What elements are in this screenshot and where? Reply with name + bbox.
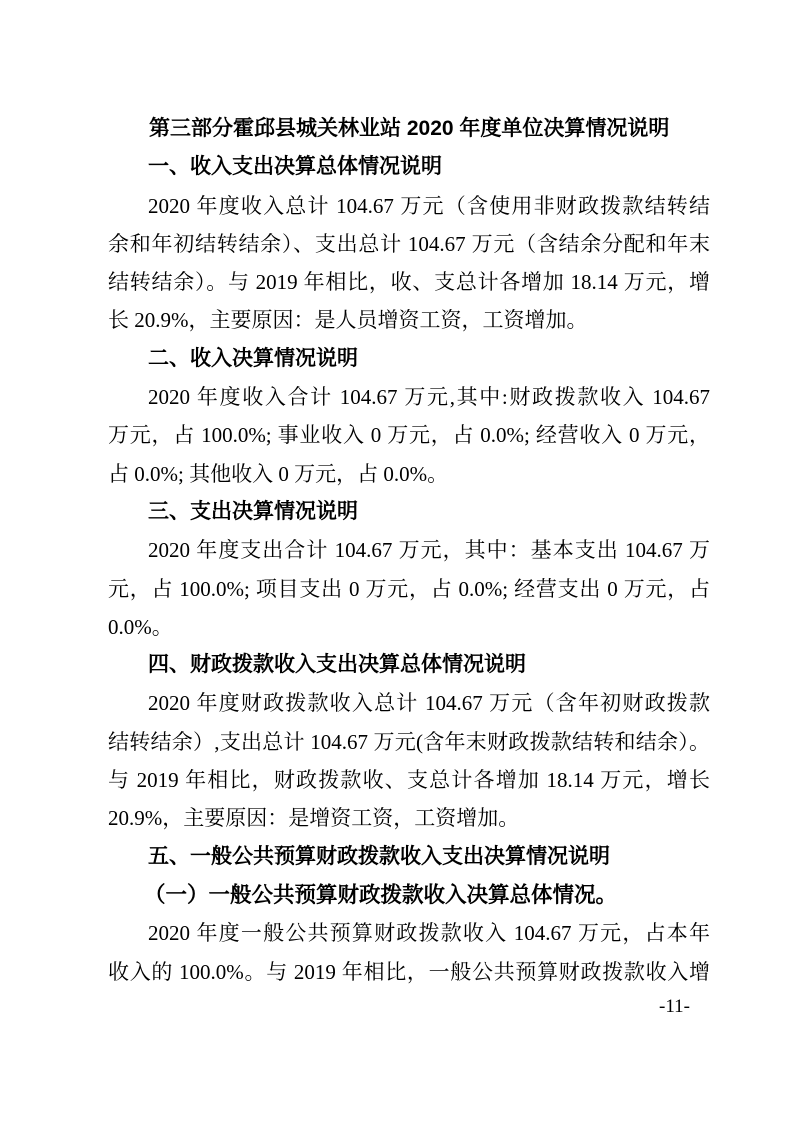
paragraph-line: 2020 年度收入合计 104.67 万元,其中:财政拨款收入 104.67	[108, 378, 710, 416]
paragraph-line: 收入的 100.0%。与 2019 年相比，一般公共预算财政拨款收入增	[108, 953, 710, 991]
paragraph-line: 2020 年度财政拨款收入总计 104.67 万元（含年初财政拨款	[108, 684, 710, 722]
paragraph-line: 与 2019 年相比，财政拨款收、支总计各增加 18.14 万元，增长	[108, 761, 710, 799]
sub-section-heading: （一）一般公共预算财政拨款收入决算总体情况。	[108, 876, 710, 914]
paragraph-line: 万元，占 100.0%; 事业收入 0 万元，占 0.0%; 经营收入 0 万元…	[108, 416, 710, 454]
paragraph-line: 2020 年度一般公共预算财政拨款收入 104.67 万元，占本年	[108, 914, 710, 952]
section-heading: 五、一般公共预算财政拨款收入支出决算情况说明	[108, 838, 710, 876]
page-number: -11-	[108, 992, 710, 1022]
section-heading: 一、收入支出决算总体情况说明	[108, 148, 710, 186]
paragraph-line: 长 20.9%，主要原因：是人员增资工资，工资增加。	[108, 301, 710, 339]
paragraph-line: 20.9%，主要原因：是增资工资，工资增加。	[108, 799, 710, 837]
paragraph-line: 结转结余）,支出总计 104.67 万元(含年末财政拨款结转和结余）。	[108, 723, 710, 761]
doc-title: 第三部分霍邱县城关林业站 2020 年度单位决算情况说明	[108, 110, 710, 148]
section-heading: 二、收入决算情况说明	[108, 340, 710, 378]
paragraph-line: 元，占 100.0%; 项目支出 0 万元，占 0.0%; 经营支出 0 万元，…	[108, 570, 710, 608]
paragraph-line: 2020 年度收入总计 104.67 万元（含使用非财政拨款结转结	[108, 187, 710, 225]
document-body: 第三部分霍邱县城关林业站 2020 年度单位决算情况说明一、收入支出决算总体情况…	[108, 110, 710, 991]
paragraph-line: 结转结余）。与 2019 年相比，收、支总计各增加 18.14 万元，增	[108, 263, 710, 301]
document-page: 第三部分霍邱县城关林业站 2020 年度单位决算情况说明一、收入支出决算总体情况…	[0, 0, 793, 1122]
paragraph-line: 余和年初结转结余）、支出总计 104.67 万元（含结余分配和年末	[108, 225, 710, 263]
paragraph-line: 占 0.0%; 其他收入 0 万元，占 0.0%。	[108, 455, 710, 493]
paragraph-line: 2020 年度支出合计 104.67 万元，其中：基本支出 104.67 万	[108, 531, 710, 569]
section-heading: 四、财政拨款收入支出决算总体情况说明	[108, 646, 710, 684]
section-heading: 三、支出决算情况说明	[108, 493, 710, 531]
paragraph-line: 0.0%。	[108, 608, 710, 646]
